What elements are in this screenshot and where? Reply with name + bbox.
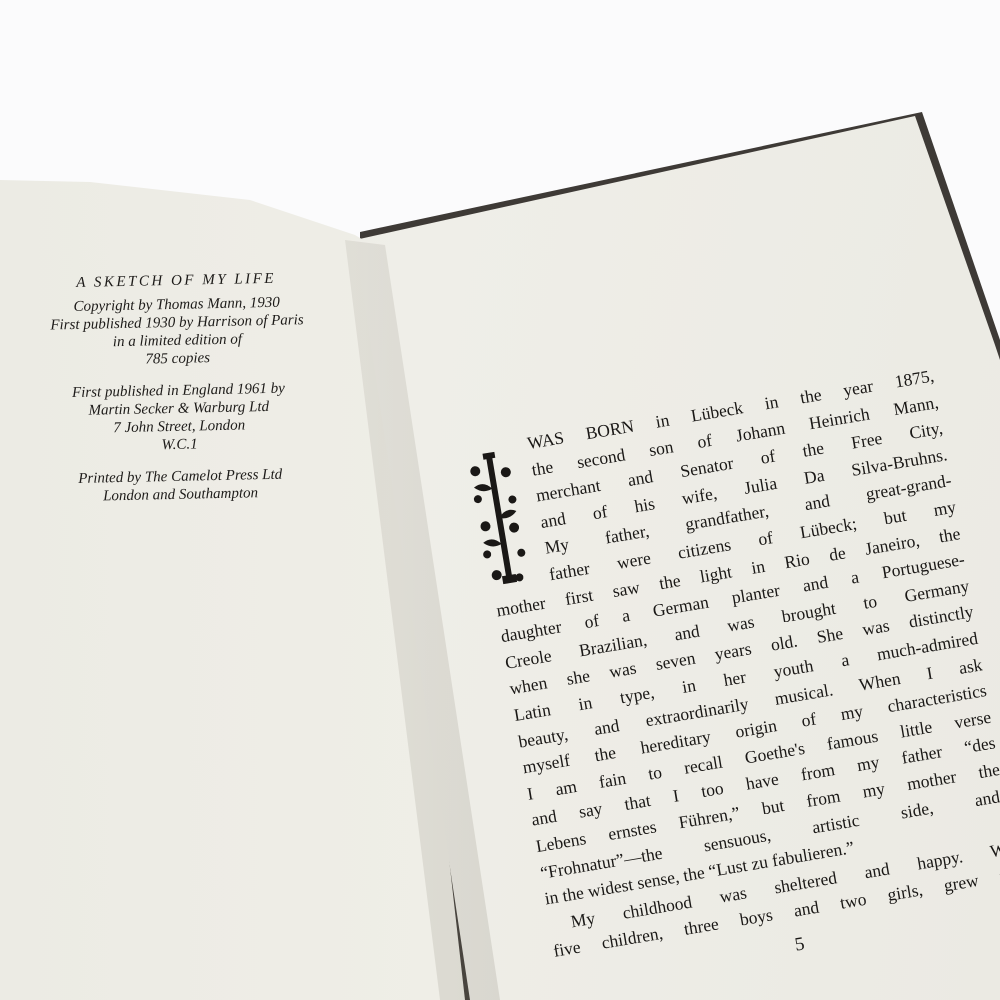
book-photo: A SKETCH OF MY LIFE Copyright by Thomas …: [0, 0, 1000, 1000]
chapter-text: WAS BORN in Lübeck in the year 1875, the…: [468, 362, 1000, 964]
copyright-imprint: A SKETCH OF MY LIFE Copyright by Thomas …: [26, 270, 331, 507]
